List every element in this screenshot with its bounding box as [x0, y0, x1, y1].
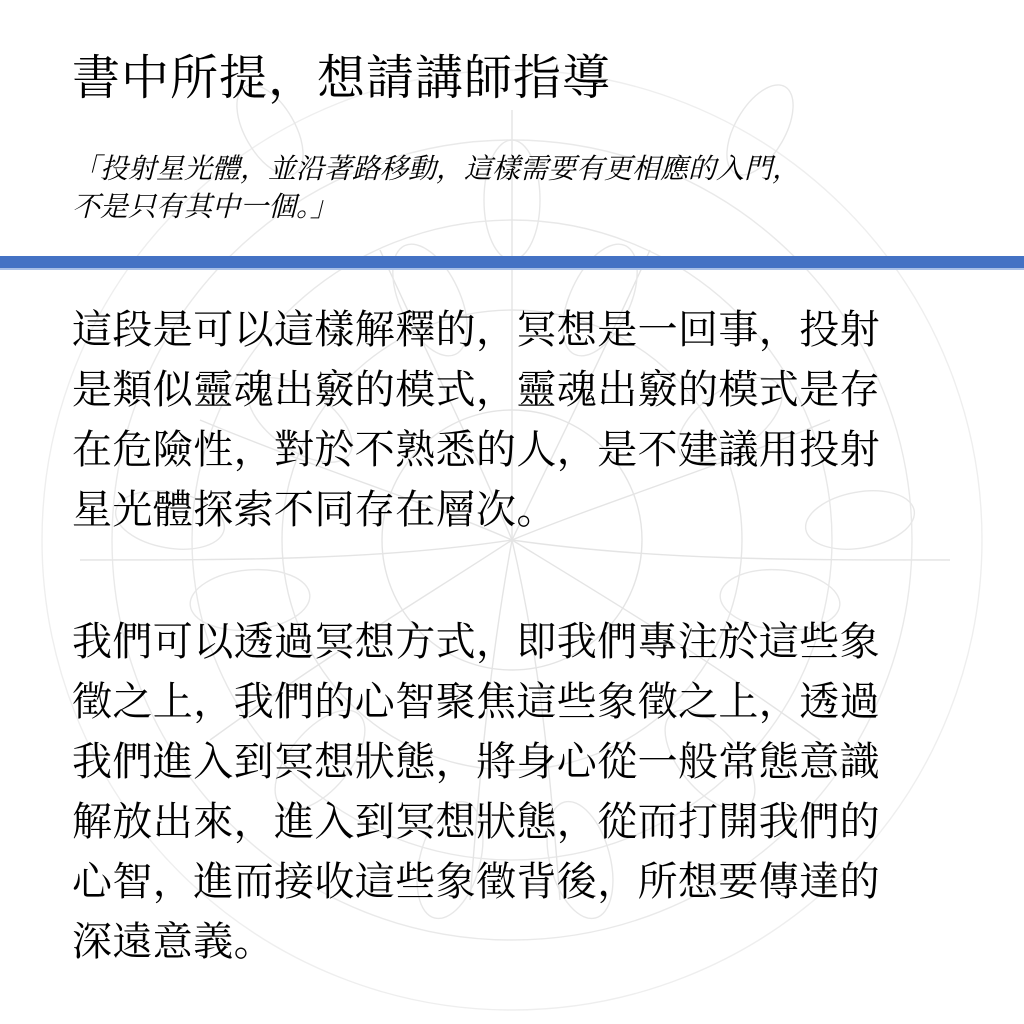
paragraph-line: 星光體探索不同存在層次。	[72, 480, 972, 540]
book-quote: 「投射星光體，並沿著路移動，這樣需要有更相應的入門， 不是只有其中一個。」	[72, 150, 992, 226]
answer-paragraph-1: 這段是可以這樣解釋的，冥想是一回事，投射 是類似靈魂出竅的模式，靈魂出竅的模式是…	[72, 300, 972, 540]
divider-shadow	[0, 268, 1024, 270]
paragraph-line: 我們進入到冥想狀態，將身心從一般常態意識	[72, 732, 972, 792]
paragraph-line: 徵之上，我們的心智聚焦這些象徵之上，透過	[72, 672, 972, 732]
slide-title: 書中所提，想請講師指導	[72, 46, 611, 110]
answer-paragraph-2: 我們可以透過冥想方式，即我們專注於這些象 徵之上，我們的心智聚焦這些象徵之上，透…	[72, 612, 972, 972]
blue-divider-bar	[0, 256, 1024, 268]
paragraph-line: 心智，進而接收這些象徵背後，所想要傳達的	[72, 852, 972, 912]
quote-line: 不是只有其中一個。」	[72, 188, 992, 226]
paragraph-line: 這段是可以這樣解釋的，冥想是一回事，投射	[72, 300, 972, 360]
quote-line: 「投射星光體，並沿著路移動，這樣需要有更相應的入門，	[72, 150, 992, 188]
paragraph-line: 深遠意義。	[72, 912, 972, 972]
paragraph-line: 我們可以透過冥想方式，即我們專注於這些象	[72, 612, 972, 672]
paragraph-line: 是類似靈魂出竅的模式，靈魂出竅的模式是存	[72, 360, 972, 420]
slide: 書中所提，想請講師指導 「投射星光體，並沿著路移動，這樣需要有更相應的入門， 不…	[0, 0, 1024, 1024]
paragraph-line: 在危險性，對於不熟悉的人，是不建議用投射	[72, 420, 972, 480]
paragraph-line: 解放出來，進入到冥想狀態，從而打開我們的	[72, 792, 972, 852]
